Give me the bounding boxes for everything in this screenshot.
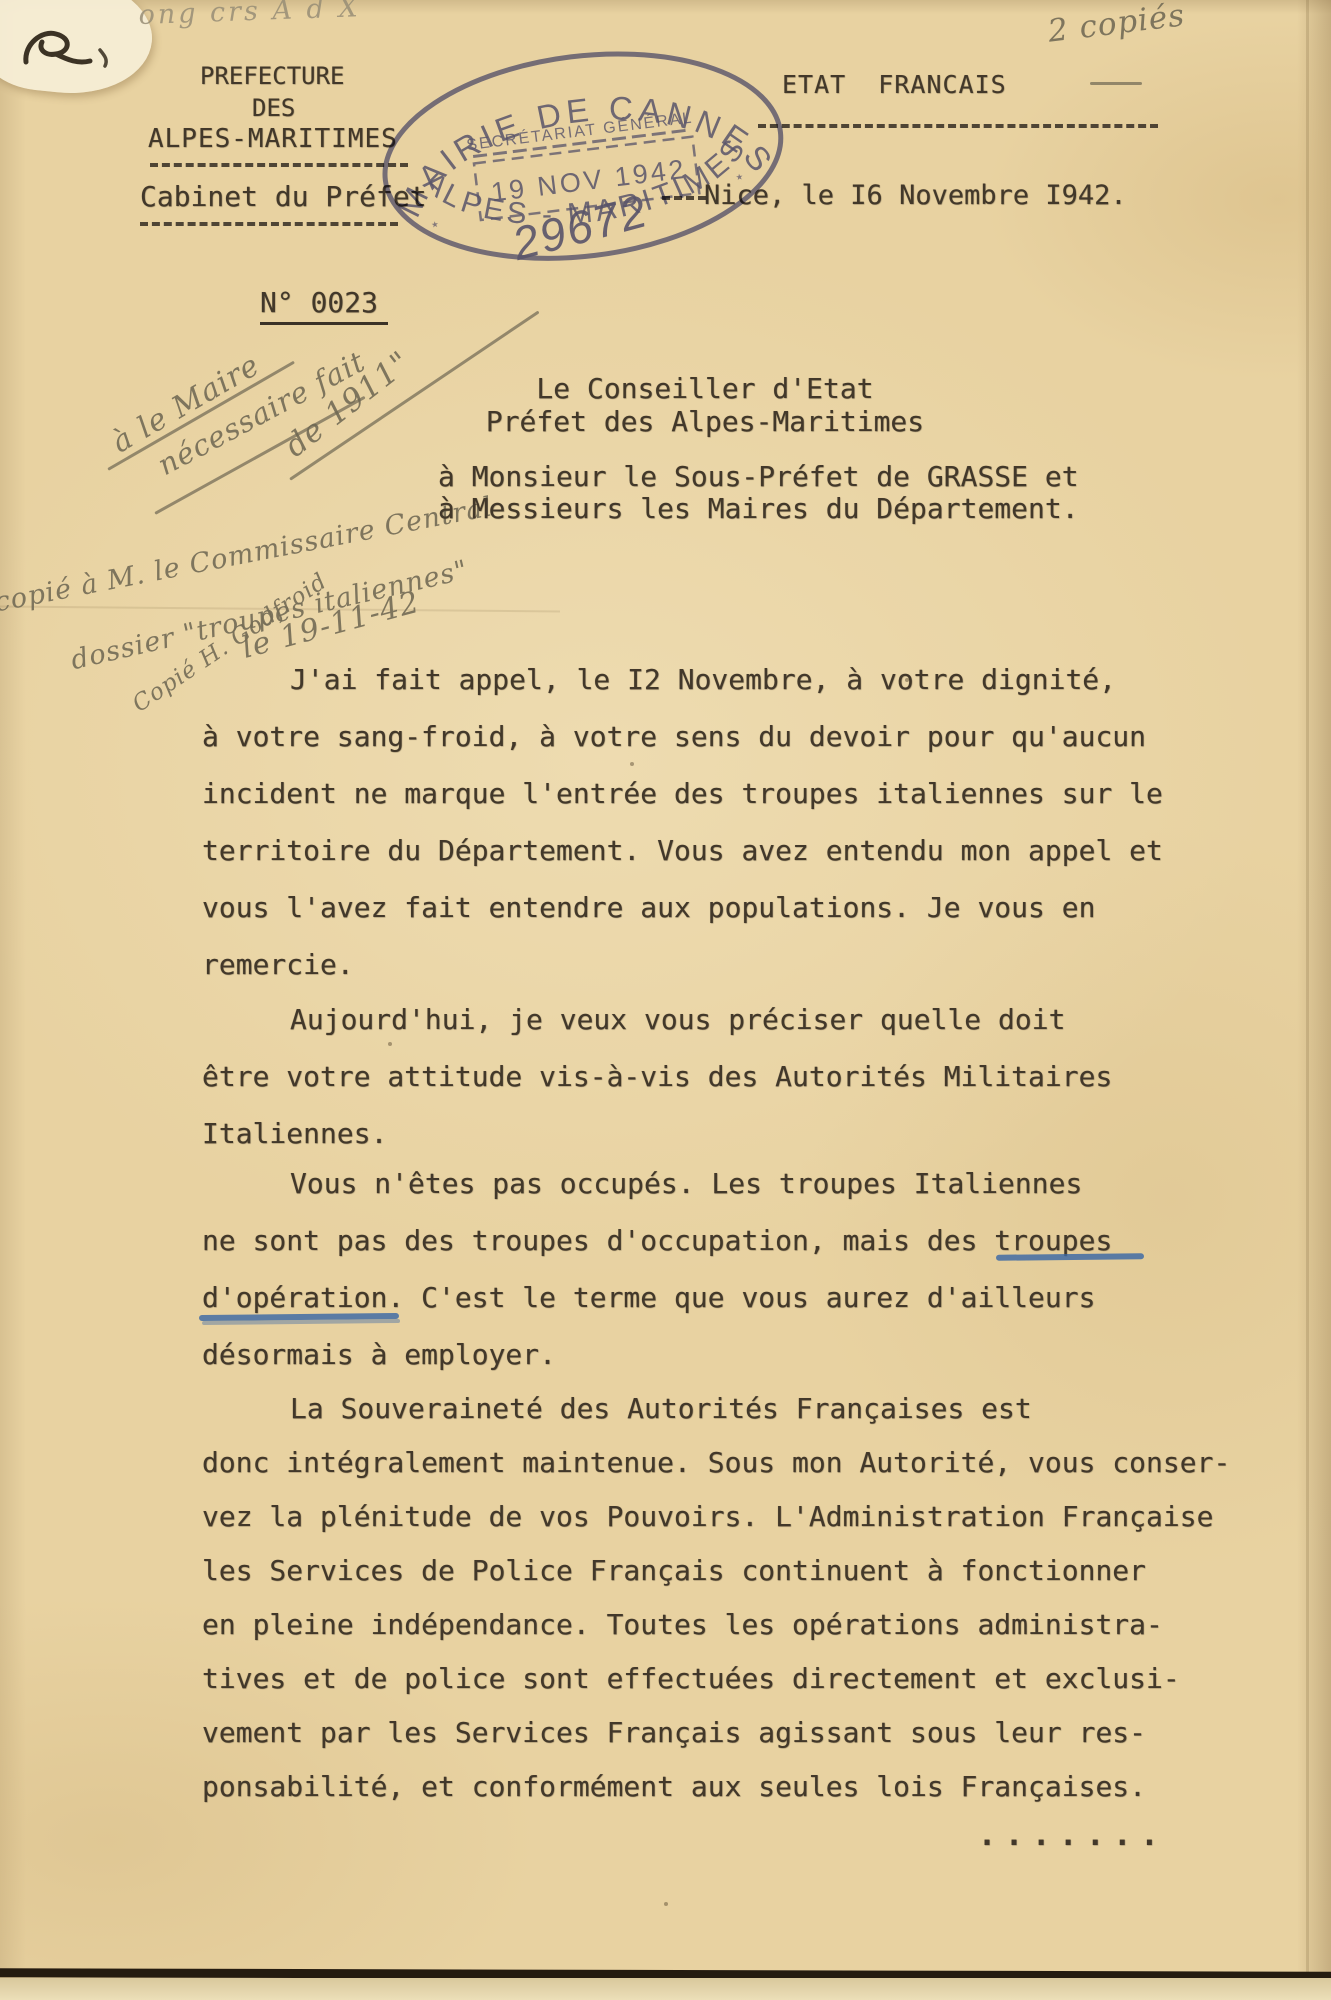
blue-underline-troupes [996,1253,1144,1261]
body-line: à votre sang-froid, à votre sens du devo… [202,723,1163,751]
body-line: ponsabilité, et conformément aux seules … [202,1773,1230,1801]
stamp-star-left: ٭ [430,215,440,232]
letterhead-org-line3: ALPES-MARITIMES [148,124,398,154]
right-edge-crease [1306,0,1309,2000]
body-line: J'ai fait appel, le I2 Novembre, à votre… [202,666,1163,694]
letterhead-org-line1: PREFECTURE [200,62,345,90]
body-line: les Services de Police Français continue… [202,1557,1230,1585]
recipient-line-2: à Messieurs les Maires du Département. [438,492,1079,525]
body-line: Aujourd'hui, je veux vous préciser quell… [202,1006,1112,1034]
sender-line-2: Préfet des Alpes-Maritimes [350,405,1060,438]
letterhead-org-line2: DES [252,94,295,122]
paragraph-4: La Souveraineté des Autorités Françaises… [202,1395,1230,1827]
pencil-note-copie-1: copié à M. le Commissaire Central [0,491,495,618]
ink-scribble [20,26,120,76]
pencil-note-copies: 2 copiés [1046,0,1187,50]
body-line: désormais à employer. [202,1341,1112,1369]
body-line: tives et de police sont effectuées direc… [202,1665,1230,1693]
mairie-de-cannes-stamp: MAIRIE DE CANNES SECRÉTARIAT GÉNÉRAL 19 … [365,25,804,288]
body-line: Italiennes. [202,1120,1112,1148]
dashed-rule [150,163,408,167]
recipient-line-1: à Monsieur le Sous-Préfet de GRASSE et [438,460,1079,493]
closing-dots: ....... [978,1818,1167,1853]
body-line: incident ne marque l'entrée des troupes … [202,780,1163,808]
paragraph-1: J'ai fait appel, le I2 Novembre, à votre… [202,666,1163,1008]
body-line: vez la plénitude de vos Pouvoirs. L'Admi… [202,1503,1230,1531]
paragraph-2: Aujourd'hui, je veux vous préciser quell… [202,1006,1112,1177]
reference-number: N° 0023 [260,286,388,325]
dashed-rule [758,124,1158,128]
body-line: ne sont pas des troupes d'occupation, ma… [202,1227,1112,1255]
pencil-note-top: ong crs A d X [138,0,361,31]
below-page-strip [0,1978,1331,2000]
body-line: donc intégralement maintenue. Sous mon A… [202,1449,1230,1477]
dashed-rule [140,222,398,226]
sender-block: Le Conseiller d'Etat Préfet des Alpes-Ma… [350,372,1060,438]
paragraph-3: Vous n'êtes pas occupés. Les troupes Ita… [202,1170,1112,1398]
body-line: vous l'avez fait entendre aux population… [202,894,1163,922]
body-line: La Souveraineté des Autorités Françaises… [202,1395,1230,1423]
paper-speck [664,1902,668,1906]
sender-line-1: Le Conseiller d'Etat [350,372,1060,405]
body-line: en pleine indépendance. Toutes les opéra… [202,1611,1230,1639]
body-line: vement par les Services Français agissan… [202,1719,1230,1747]
body-line: Vous n'êtes pas occupés. Les troupes Ita… [202,1170,1112,1198]
body-line: être votre attitude vis-à-vis des Autori… [202,1063,1112,1091]
body-line: territoire du Département. Vous avez ent… [202,837,1163,865]
letterhead-state: ETAT FRANCAIS [782,70,1007,99]
scanned-letter-page: ong crs A d X 2 copiés à le Maire nécess… [0,0,1331,2000]
body-line: remercie. [202,951,1163,979]
body-line: d'opération. C'est le terme que vous aur… [202,1284,1112,1312]
pencil-underline [1090,82,1142,85]
